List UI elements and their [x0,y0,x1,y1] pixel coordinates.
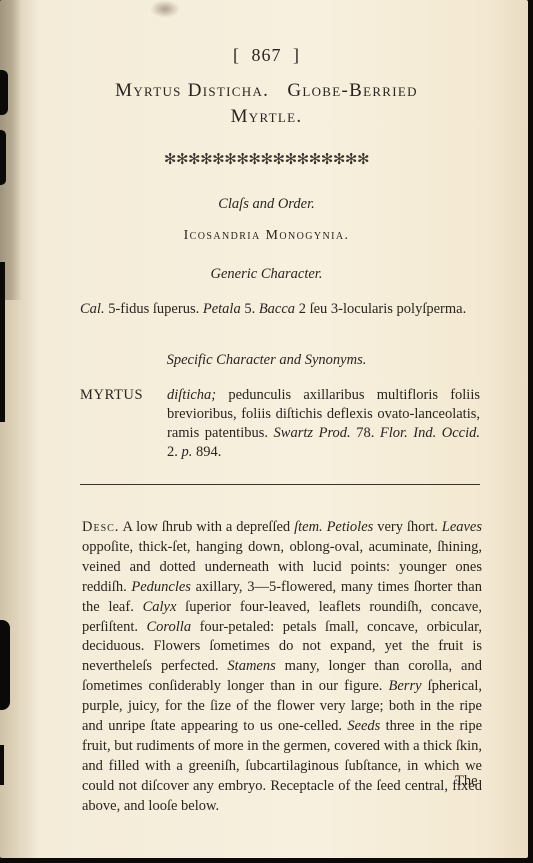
text-run: 5. [241,301,259,317]
italic-term: Flor. Ind. Occid. [380,425,480,441]
italic-term: diſticha; [167,387,216,403]
page-title: Myrtus Disticha. Globe-Berried Myrtle. [0,78,528,130]
catchword: The [455,773,478,790]
text-run: 2 ſeu 3-locularis polyſperma. [295,301,466,317]
description-text: A low ſhrub with a depreſſed ſtem. Petio… [82,519,482,814]
italic-term: Stamens [227,658,275,674]
page-edge-damage [0,262,5,422]
description-paragraph: Desc. A low ſhrub with a depreſſed ſtem.… [82,518,482,817]
italic-term: Cal. [80,301,105,317]
text-run: 2. [167,444,182,460]
italic-term: Seeds [347,718,380,734]
italic-term: Leaves [442,519,482,535]
description-label: Desc. [82,519,119,535]
italic-term: p. [182,444,193,460]
generic-character-text: Cal. 5-fidus ſuperus. Petala 5. Bacca 2 … [80,300,478,319]
horizontal-rule [80,484,480,485]
text-run: 5-fidus ſuperus. [105,301,203,317]
class-order-heading: Claſs and Order. [0,196,528,213]
italic-term: Bacca [259,301,295,317]
text-run: 894. [192,444,221,460]
ornament-divider: ✻✻✻✻✻✻✻✻✻✻✻✻✻✻✻✻✻ [0,150,528,169]
specific-diagnosis: diſticha; pedunculis axillaribus multifl… [167,386,480,462]
book-page: [ 867 ] Myrtus Disticha. Globe-Berried M… [0,0,528,858]
page-edge-damage [0,620,10,710]
text-run: 78. [351,425,380,441]
page-number: [ 867 ] [0,45,528,66]
italic-term: Swartz Prod. [274,425,351,441]
genus-name: MYRTUS [80,386,143,405]
italic-term: Petioles [327,519,374,535]
page-edge-damage [0,745,4,785]
title-line-2: Myrtle. [0,104,528,130]
title-line-1: Myrtus Disticha. Globe-Berried [0,78,528,104]
italic-term: Berry [389,678,422,694]
class-order-value: Icosandria Monogynia. [0,228,528,244]
generic-character-heading: Generic Character. [0,266,528,283]
italic-term: Corolla [146,619,191,635]
italic-term: Peduncles [131,579,191,595]
specific-character-block: MYRTUS diſticha; pedunculis axillaribus … [80,386,480,462]
text-run: A low ſhrub with a depreſſed [119,519,294,535]
specific-character-heading: Specific Character and Synonyms. [0,352,528,369]
italic-term: Calyx [143,599,177,615]
text-run: very ſhort. [373,519,441,535]
italic-term: Petala [203,301,241,317]
italic-term: ſtem. [294,519,323,535]
